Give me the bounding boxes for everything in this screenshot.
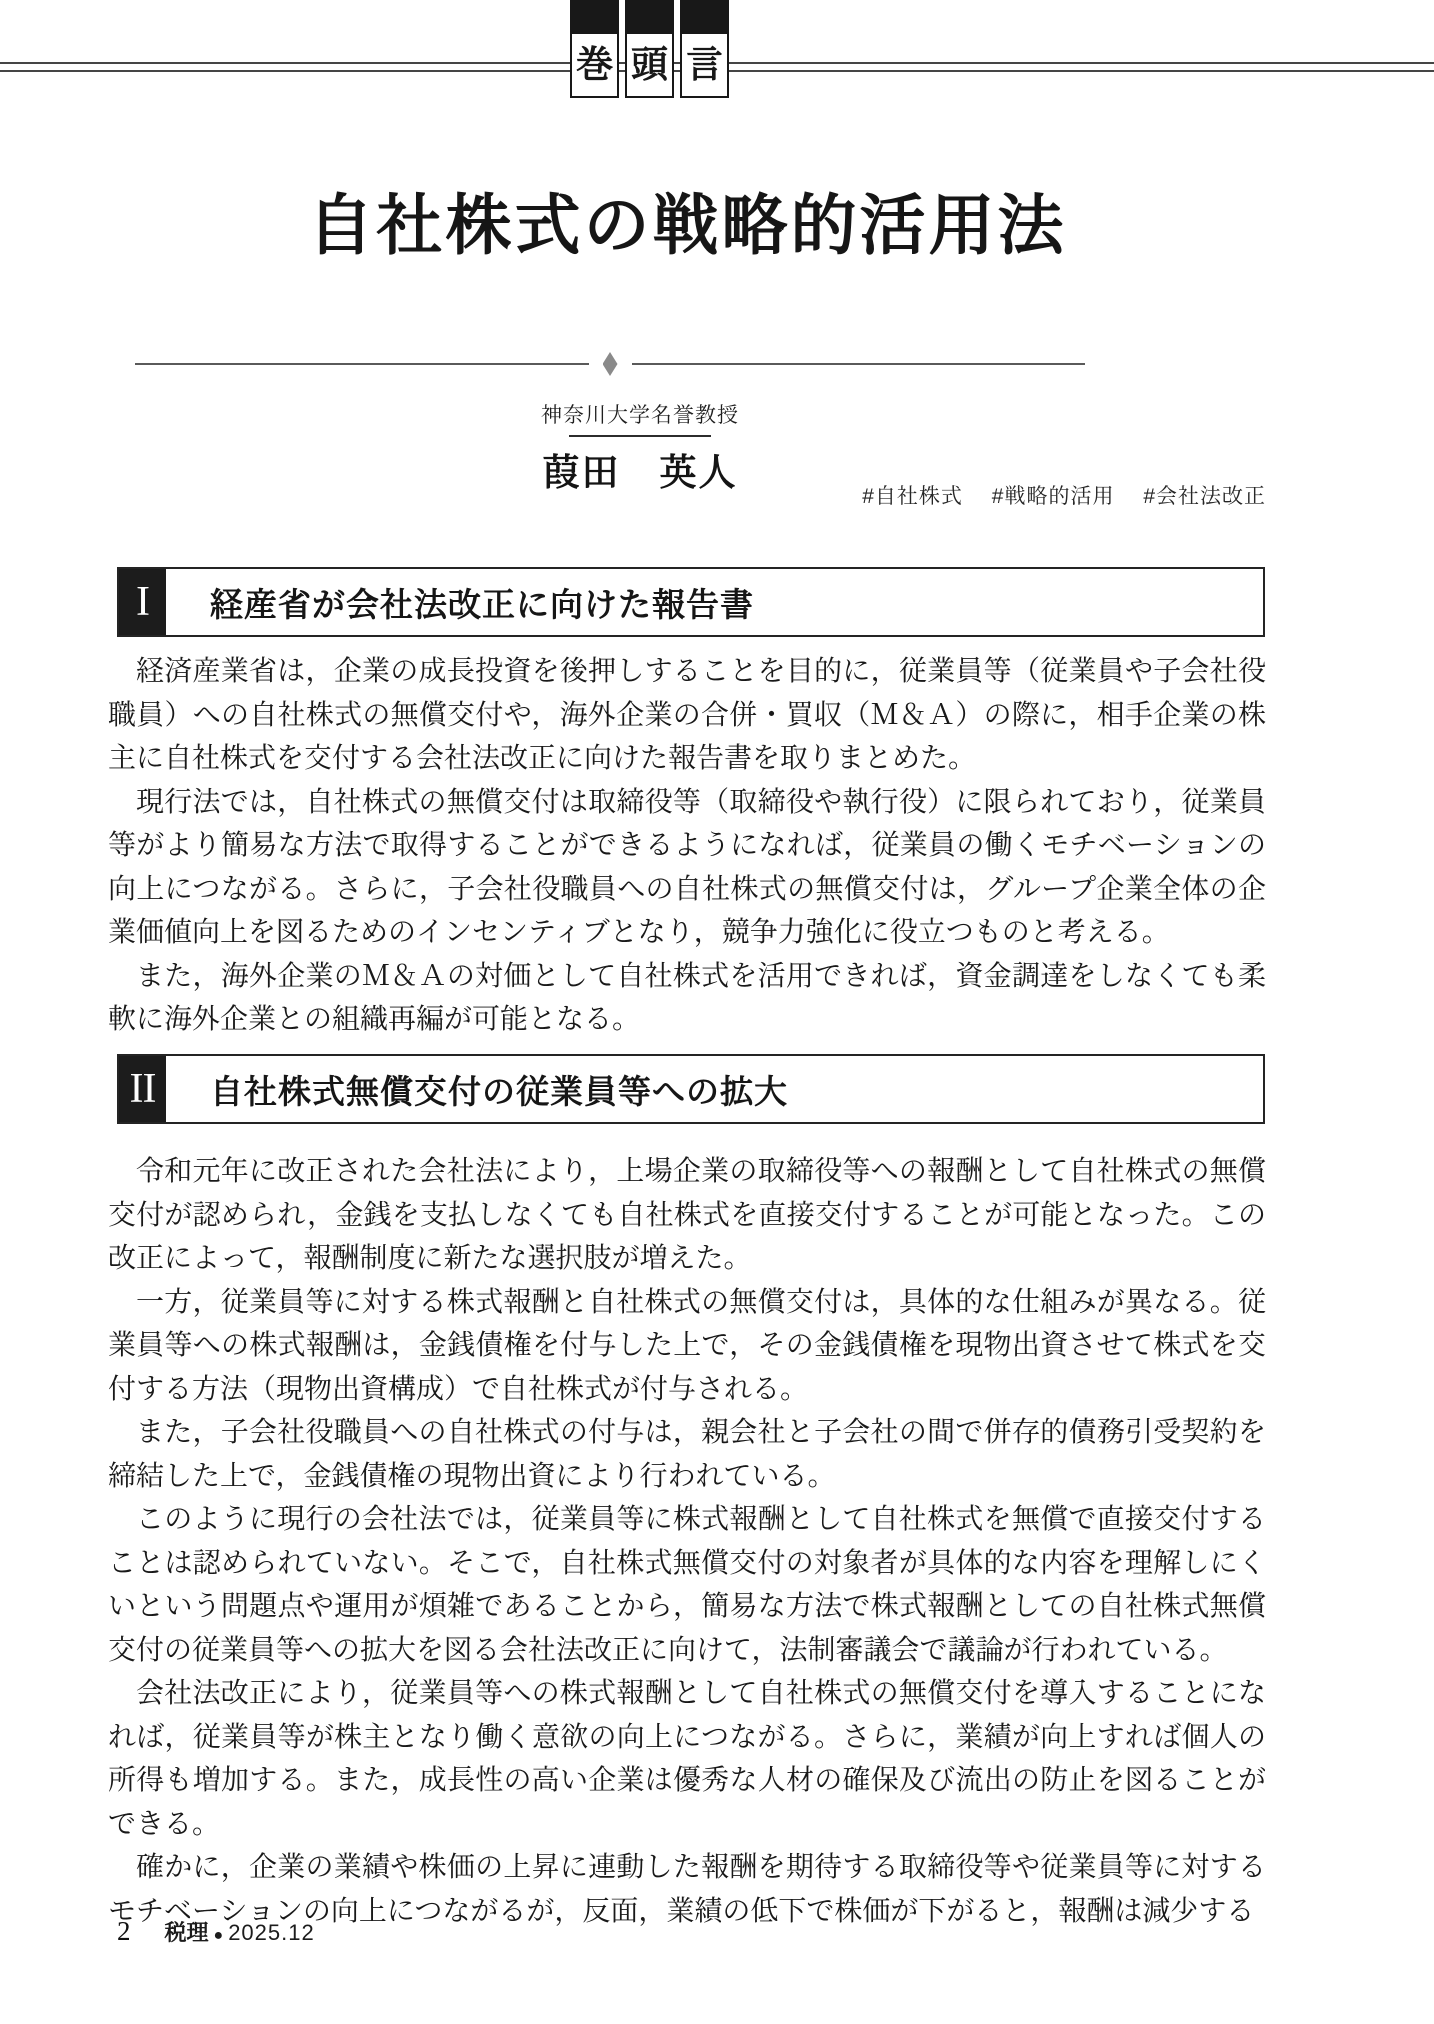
issue-date: 2025.12	[228, 1920, 315, 1946]
title-divider	[135, 352, 1085, 376]
author-affiliation: 神奈川大学名誉教授	[110, 399, 1170, 429]
journal-name: 税理	[165, 1916, 209, 1947]
paragraph: 現行法では，自社株式の無償交付は取締役等（取締役や執行役）に限られており，従業員…	[108, 781, 1266, 955]
paragraph: このように現行の会社法では，従業員等に株式報酬として自社株式を無償で直接交付する…	[108, 1498, 1266, 1672]
banner-box-black-band	[572, 2, 617, 34]
hashtag-row: #自社株式 #戦略的活用 #会社法改正	[108, 480, 1266, 510]
banner-box-3: 言	[680, 0, 729, 98]
section-1-header: I 経産省が会社法改正に向けた報告書	[117, 567, 1265, 637]
article-title: 自社株式の戦略的活用法	[108, 192, 1266, 258]
hashtag-kaishahokaisei: #会社法改正	[1143, 485, 1266, 508]
magazine-page: 巻 頭 言 自社株式の戦略的活用法 神奈川大学名誉教授 葭田 英人 #自社株式 …	[0, 0, 1434, 2024]
paragraph: 経済産業省は，企業の成長投資を後押しすることを目的に，従業員等（従業員や子会社役…	[108, 650, 1266, 781]
section-1-numeral-box: I	[119, 569, 166, 635]
kantogen-banner: 巻 頭 言	[570, 0, 729, 98]
banner-box-2: 頭	[625, 0, 674, 98]
section-2-body: 令和元年に改正された会社法により，上場企業の取締役等への報酬として自社株式の無償…	[108, 1150, 1266, 1933]
page-footer: 2 税理 ● 2025.12	[117, 1916, 315, 1947]
hashtag-jishakabushiki: #自社株式	[862, 485, 963, 508]
banner-char: 頭	[627, 34, 672, 96]
hashtag-senryakutekikatsuyo: #戦略的活用	[992, 485, 1115, 508]
banner-box-1: 巻	[570, 0, 619, 98]
diamond-icon	[603, 352, 618, 376]
paragraph: また，子会社役職員への自社株式の付与は，親会社と子会社の間で併存的債務引受契約を…	[108, 1411, 1266, 1498]
banner-char: 巻	[572, 34, 617, 96]
section-2-heading: 自社株式無償交付の従業員等への拡大	[210, 1066, 788, 1113]
banner-box-black-band	[627, 2, 672, 34]
paragraph: 令和元年に改正された会社法により，上場企業の取締役等への報酬として自社株式の無償…	[108, 1150, 1266, 1281]
section-1-body: 経済産業省は，企業の成長投資を後押しすることを目的に，従業員等（従業員や子会社役…	[108, 650, 1266, 1042]
page-number: 2	[117, 1916, 131, 1947]
section-1-heading: 経産省が会社法改正に向けた報告書	[210, 579, 754, 626]
divider-line-left	[135, 363, 589, 365]
affiliation-underline	[569, 435, 711, 437]
paragraph: また，海外企業のＭ＆Ａの対価として自社株式を活用できれば，資金調達をしなくても柔…	[108, 955, 1266, 1042]
banner-box-black-band	[682, 2, 727, 34]
divider-line-right	[632, 363, 1086, 365]
section-2-numeral-box: II	[119, 1056, 166, 1122]
paragraph: 一方，従業員等に対する株式報酬と自社株式の無償交付は，具体的な仕組みが異なる。従…	[108, 1281, 1266, 1412]
banner-char: 言	[682, 34, 727, 96]
section-2-header: II 自社株式無償交付の従業員等への拡大	[117, 1054, 1265, 1124]
paragraph: 会社法改正により，従業員等への株式報酬として自社株式の無償交付を導入することにな…	[108, 1672, 1266, 1846]
bullet-icon: ●	[214, 1927, 224, 1945]
